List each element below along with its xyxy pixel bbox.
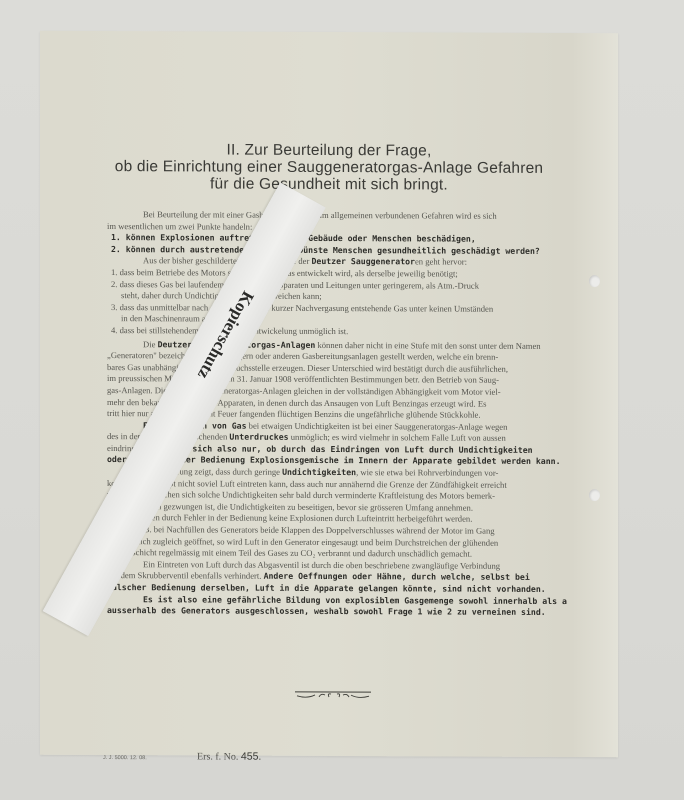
ornament-divider-icon: [293, 690, 373, 700]
title-line: für die Gesundheit mit sich bringt.: [40, 175, 618, 195]
punch-hole: [589, 489, 600, 501]
conclusion-line: ausserhalb des Generators ausgeschlossen…: [107, 605, 567, 619]
document-title: II. Zur Beurteilung der Frage, ob die Ei…: [40, 141, 618, 195]
title-line: ob die Einrichtung einer Sauggeneratorga…: [40, 158, 618, 178]
print-code: J. J. 5000. 12. 08.: [103, 755, 147, 761]
reference-number: Ers. f. No. 455.: [197, 750, 261, 762]
document-page: II. Zur Beurteilung der Frage, ob die Ei…: [40, 31, 618, 758]
punch-hole: [589, 275, 600, 287]
point-4: 4. dass bei stillstehendem Motor die Gas…: [107, 325, 567, 339]
